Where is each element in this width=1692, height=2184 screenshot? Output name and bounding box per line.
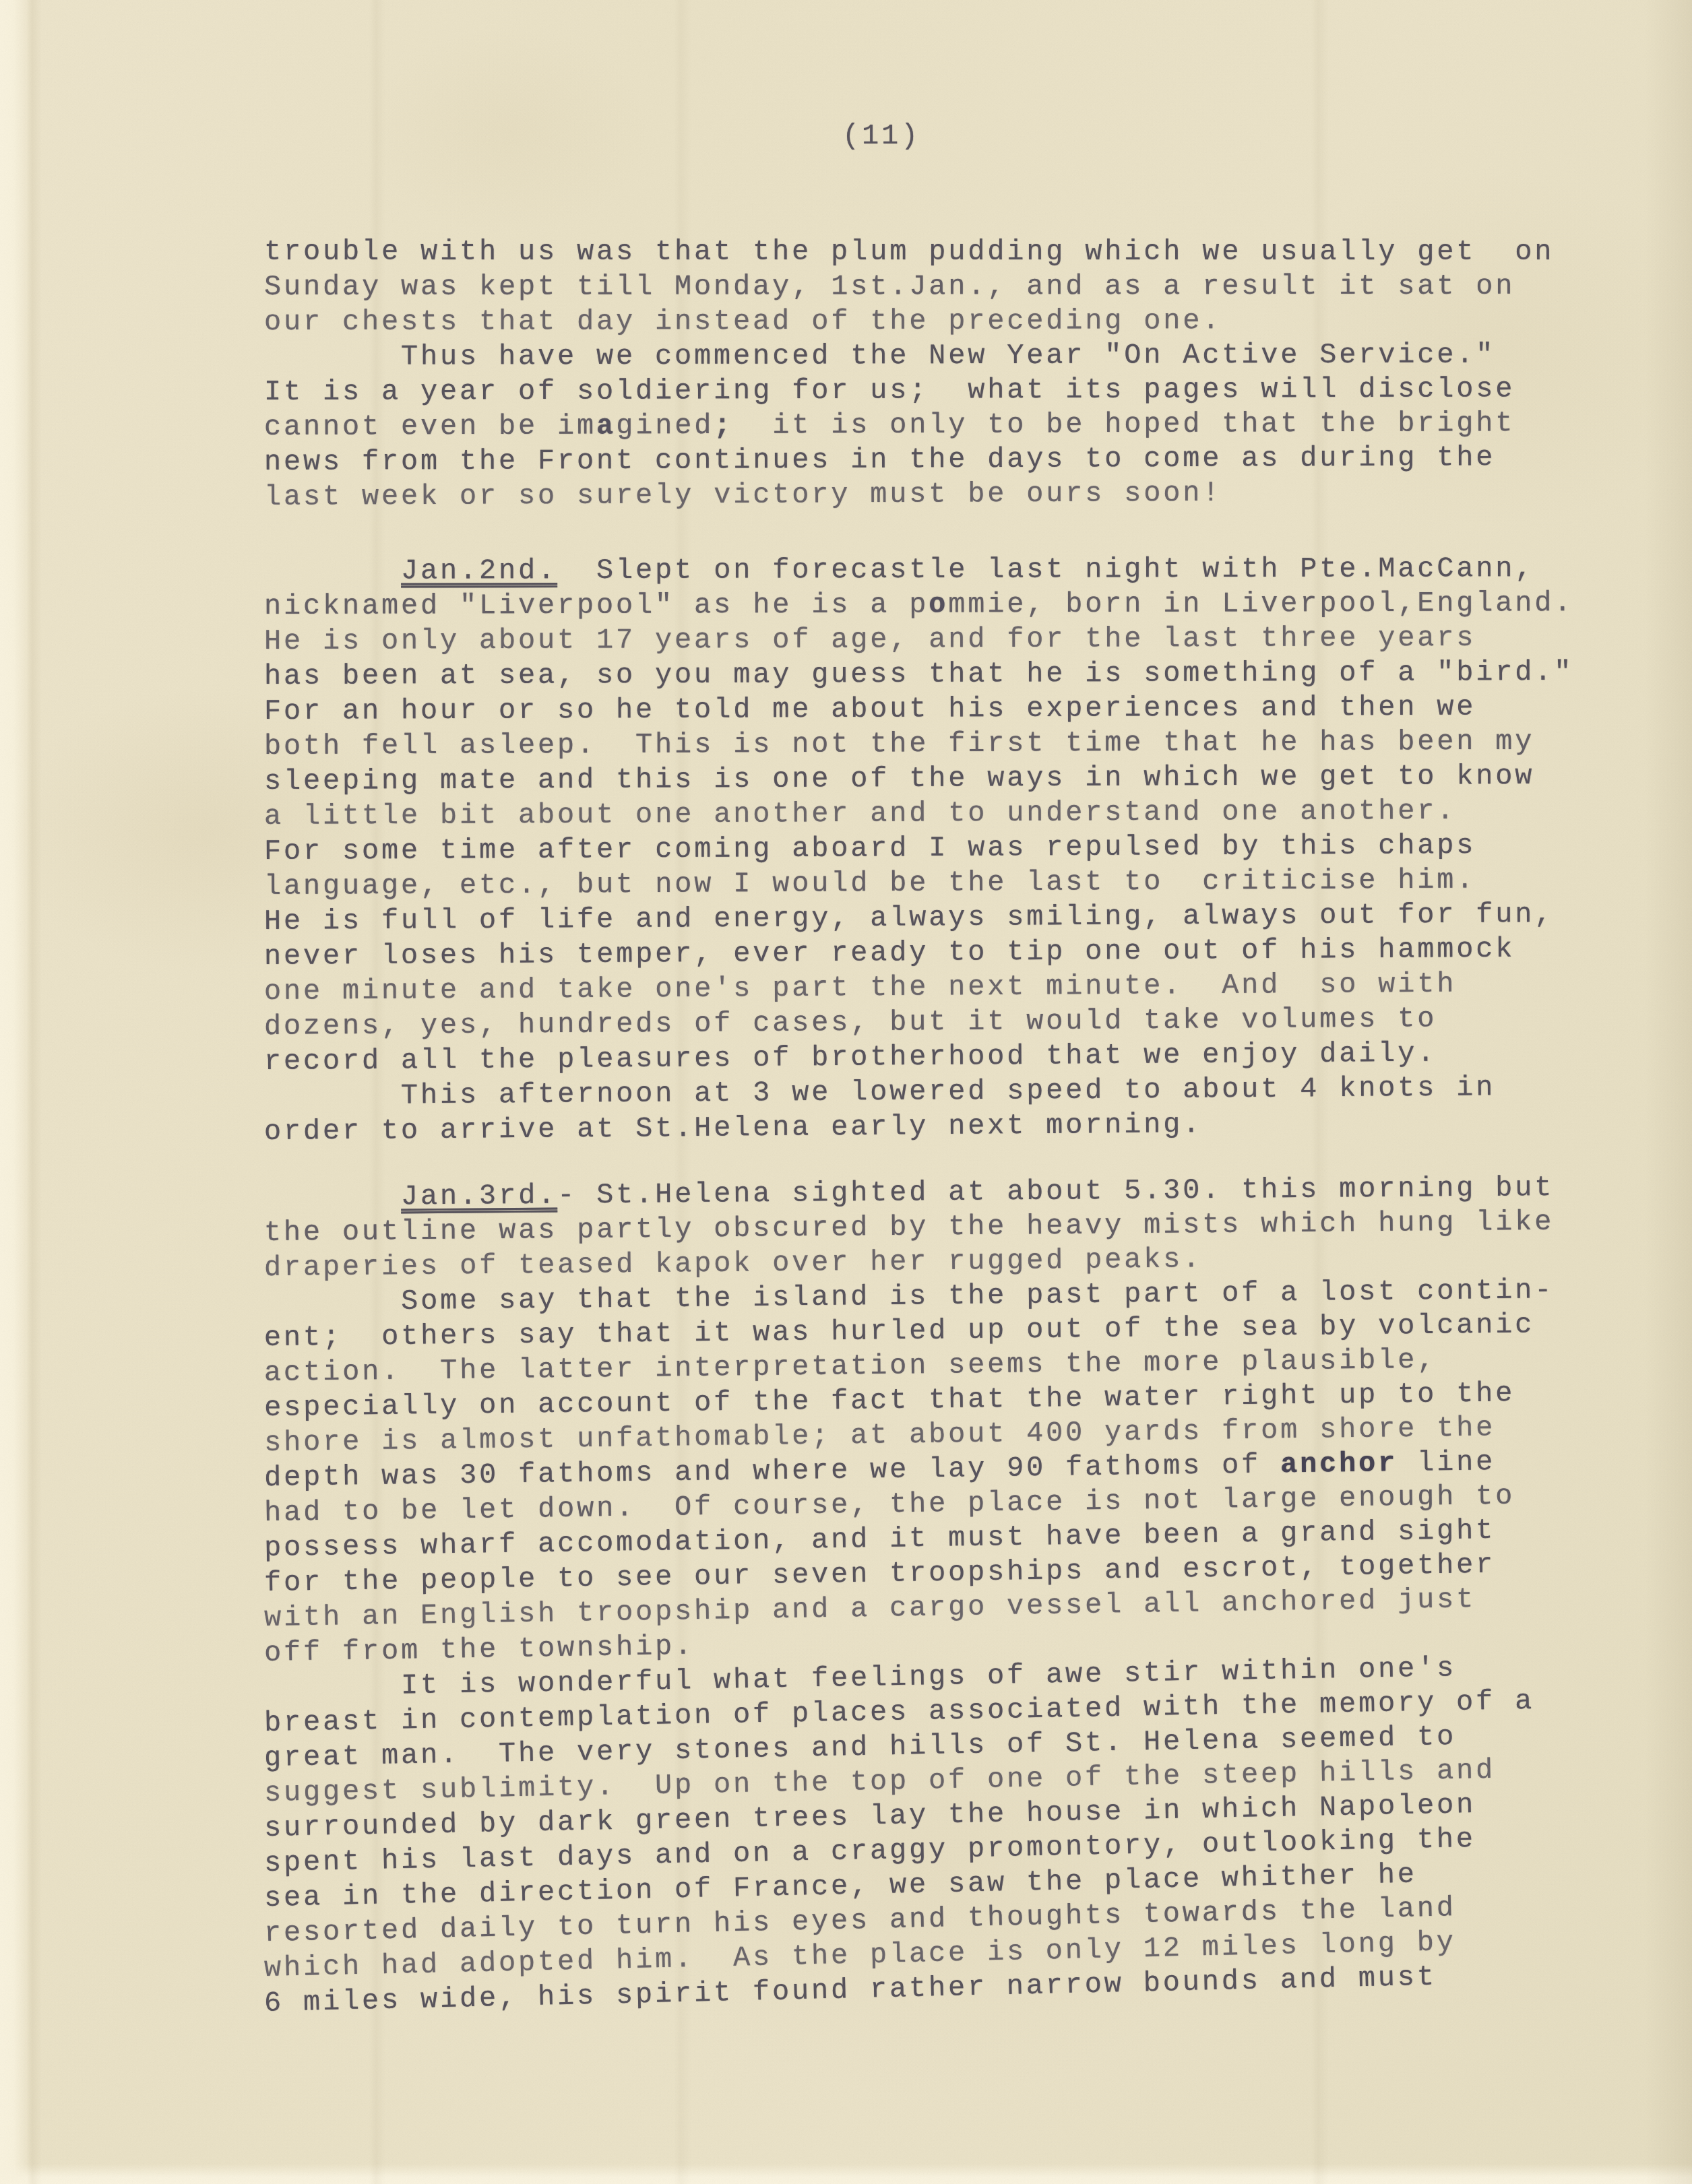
document-page: (11) trouble with us was that the plum p… [0,0,1692,2184]
page-edge-bottom [0,2164,1692,2184]
entry-jan-2nd: Jan.2nd. Slept on forecastle last night … [264,554,1619,1149]
typed-line: news from the Front continues in the day… [264,439,1619,480]
page-edge-left [0,0,30,2184]
entry-jan-3rd: Jan.3rd.- St.Helena sighted at about 5.3… [264,1180,1619,2021]
text-column: trouble with us was that the plum puddin… [264,234,1619,2021]
typed-line: Jan.2nd. Slept on forecastle last night … [264,551,1619,589]
typed-line: last week or so surely victory must be o… [264,474,1619,515]
typed-line: sleeping mate and this is one of the way… [264,758,1619,799]
typed-line: has been at sea, so you may guess that h… [264,655,1619,694]
typed-line: both fell asleep. This is not the first … [264,724,1619,764]
typed-line: trouble with us was that the plum puddin… [264,234,1619,269]
typed-line: He is only about 17 years of age, and fo… [264,620,1619,659]
typed-line: Thus have we commenced the New Year "On … [264,337,1619,375]
typed-line: our chests that day instead of the prece… [264,303,1619,340]
typed-line: nicknamed "Liverpool" as he is a pommie,… [264,585,1619,624]
page-number: (11) [842,119,920,154]
typed-line: Sunday was kept till Monday, 1st.Jan., a… [264,269,1619,304]
entry-jan-1st-continued: trouble with us was that the plum puddin… [264,234,1619,515]
typed-line: cannot even be imagined; it is only to b… [264,406,1619,445]
typed-line: For an hour or so he told me about his e… [264,689,1619,729]
typed-line: It is a year of soldiering for us; what … [264,371,1619,410]
